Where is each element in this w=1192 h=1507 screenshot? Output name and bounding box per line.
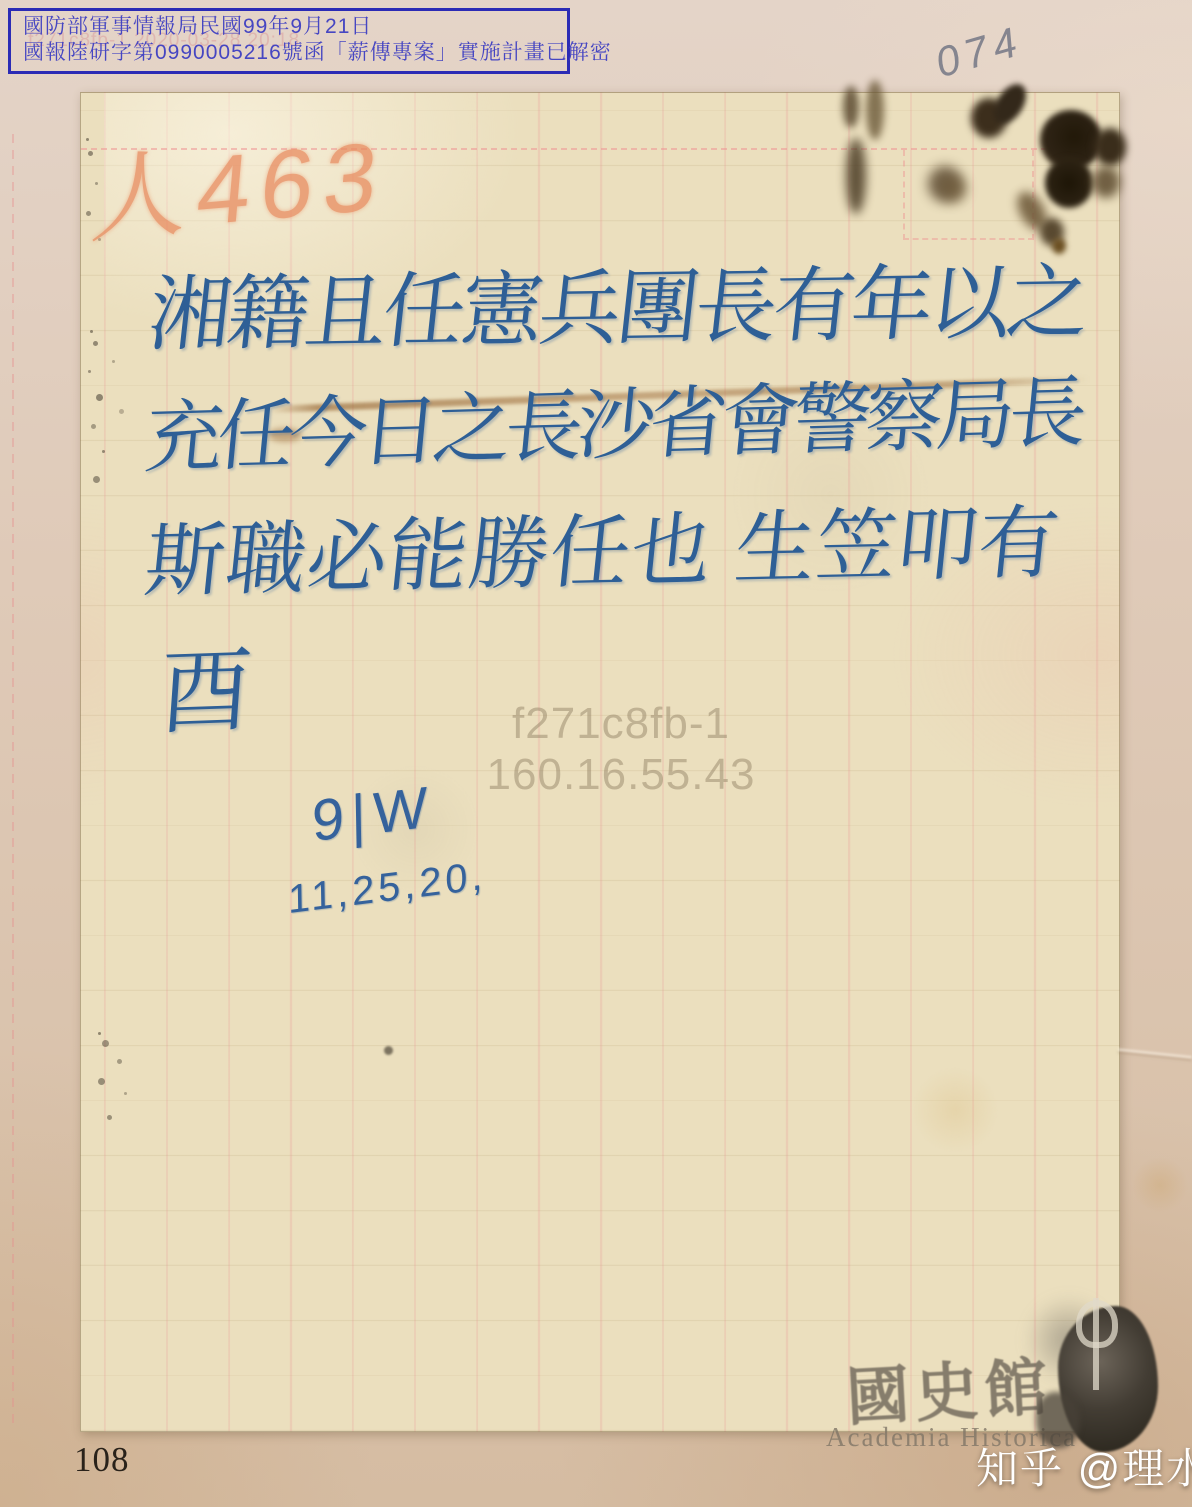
ink-stain bbox=[1052, 238, 1066, 254]
ink-stain bbox=[1094, 128, 1126, 166]
declassification-stamp: 國防部軍事情報局民國99年9月21日 國報陸研字第0990005216號函「薪傳… bbox=[8, 8, 570, 74]
scan-watermark: f271c8fb-1 160.16.55.43 bbox=[438, 698, 804, 800]
paper-speckles bbox=[86, 138, 89, 141]
ink-stain bbox=[1092, 166, 1120, 198]
scanned-archive-page: { "stamp": { "line1": "國防部軍事情報局民國99年9月21… bbox=[0, 0, 1192, 1507]
archive-number: 人463 bbox=[87, 98, 394, 262]
handwriting-line-4: 酉 bbox=[155, 617, 256, 753]
handwriting-line-1: 湘籍且任憲兵團長有年以之 bbox=[144, 237, 1093, 367]
ink-stain bbox=[1045, 158, 1093, 208]
ink-stain bbox=[843, 86, 859, 128]
folio-number: 074 bbox=[930, 17, 1028, 87]
scan-watermark-id: f271c8fb-1 bbox=[438, 698, 804, 749]
sheet-header-dashed-box bbox=[903, 150, 1034, 240]
paper-crease bbox=[1118, 1048, 1192, 1059]
handwriting-line-3: 斯職必能勝任也 生笠叩有 bbox=[140, 478, 1066, 612]
ink-stain bbox=[846, 138, 866, 214]
paper-speckles bbox=[98, 1032, 101, 1035]
stamp-line-2: 國報陸研字第0990005216號函「薪傳專案」實施計畫已解密 bbox=[23, 40, 559, 66]
paper-speck bbox=[384, 1046, 393, 1055]
ink-stain bbox=[866, 80, 884, 140]
paper-speckles bbox=[90, 330, 93, 333]
photo-credit-watermark: 知乎 @理水 bbox=[976, 1436, 1192, 1496]
ink-stain bbox=[942, 176, 966, 202]
seal-glyph bbox=[1076, 1300, 1118, 1348]
stamp-line-1: 國防部軍事情報局民國99年9月21日 bbox=[23, 14, 559, 40]
page-number: 108 bbox=[74, 1440, 130, 1480]
backing-paper-ruled-line bbox=[12, 128, 14, 1423]
scan-watermark-ip: 160.16.55.43 bbox=[438, 749, 804, 800]
